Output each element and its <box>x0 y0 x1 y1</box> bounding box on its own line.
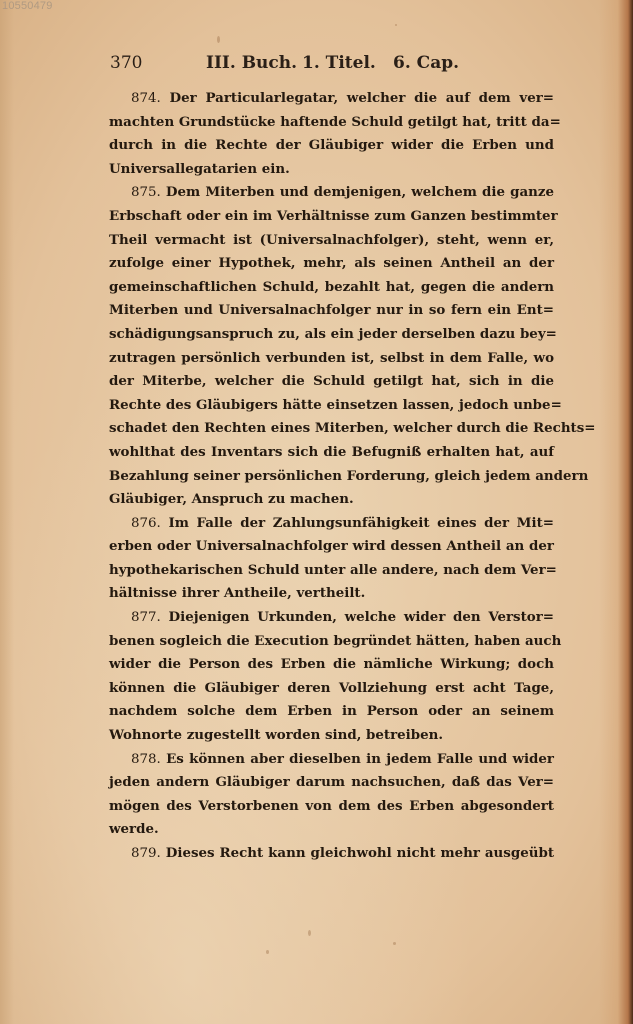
text-line: zutragen persönlich verbunden ist, selbs… <box>109 347 554 371</box>
text-line: 876. Im Falle der Zahlungsunfähigkeit ei… <box>109 512 554 536</box>
paper-stain <box>308 930 311 936</box>
text-line: hypothekarischen Schuld unter alle ander… <box>109 559 554 583</box>
paper-stain <box>395 24 397 26</box>
text-line: wohlthat des Inventars sich die Befugniß… <box>109 441 554 465</box>
text-line: durch in die Rechte der Gläubiger wider … <box>109 134 554 158</box>
text-line: der Miterbe, welcher die Schuld getilgt … <box>109 370 554 394</box>
text-line: werde. <box>109 818 554 842</box>
text-line: machten Grundstücke haftende Schuld geti… <box>109 111 554 135</box>
page-edge-shadow <box>0 0 14 1024</box>
paper-stain <box>393 942 396 945</box>
paper-stain <box>266 950 269 954</box>
text-line: hältnisse ihrer Antheile, vertheilt. <box>109 582 554 606</box>
paragraph-number: 879. <box>131 846 161 861</box>
text-line: Wohnorte zugestellt worden sind, betreib… <box>109 724 554 748</box>
page-number: 370 <box>110 53 142 73</box>
body-text: 874. Der Particularlegatar, welcher die … <box>109 87 554 866</box>
text-line: 878. Es können aber dieselben in jedem F… <box>109 748 554 772</box>
paragraph-877: 877. Diejenigen Urkunden, welche wider d… <box>109 606 554 748</box>
paragraph-number: 878. <box>131 752 161 767</box>
text-line: schädigungsanspruch zu, als ein jeder de… <box>109 323 554 347</box>
text-line: gemeinschaftlichen Schuld, bezahlt hat, … <box>109 276 554 300</box>
text-line: mögen des Verstorbenen von dem des Erben… <box>109 795 554 819</box>
paragraph-878: 878. Es können aber dieselben in jedem F… <box>109 748 554 842</box>
text-line: 879. Dieses Recht kann gleichwohl nicht … <box>109 842 554 866</box>
paragraph-876: 876. Im Falle der Zahlungsunfähigkeit ei… <box>109 512 554 606</box>
paragraph-874: 874. Der Particularlegatar, welcher die … <box>109 87 554 181</box>
paragraph-875: 875. Dem Miterben und demjenigen, welche… <box>109 181 554 511</box>
book-page: 10550479 370 III. Buch. 1. Titel. 6. Cap… <box>0 0 633 1024</box>
paragraph-number: 874. <box>131 91 161 106</box>
text-line: jeden andern Gläubiger darum nachsuchen,… <box>109 771 554 795</box>
text-line: benen sogleich die Execution begründet h… <box>109 630 554 654</box>
paragraph-number: 875. <box>131 185 161 200</box>
text-line: 874. Der Particularlegatar, welcher die … <box>109 87 554 111</box>
header-book: III. Buch. <box>206 53 297 73</box>
text-line: können die Gläubiger deren Vollziehung e… <box>109 677 554 701</box>
header-chapter: 6. Cap. <box>393 53 459 73</box>
text-line: zufolge einer Hypothek, mehr, als seinen… <box>109 252 554 276</box>
text-line: Universallegatarien ein. <box>109 158 554 182</box>
text-line: Miterben und Universalnachfolger nur in … <box>109 299 554 323</box>
text-line: Rechte des Gläubigers hätte einsetzen la… <box>109 394 554 418</box>
text-line: schadet den Rechten eines Miterben, welc… <box>109 417 554 441</box>
text-line: Gläubiger, Anspruch zu machen. <box>109 488 554 512</box>
text-line: 875. Dem Miterben und demjenigen, welche… <box>109 181 554 205</box>
text-line: wider die Person des Erben die nämliche … <box>109 653 554 677</box>
paragraph-879: 879. Dieses Recht kann gleichwohl nicht … <box>109 842 554 866</box>
paragraph-number: 876. <box>131 516 161 531</box>
text-line: Bezahlung seiner persönlichen Forderung,… <box>109 465 554 489</box>
paper-stain <box>217 36 220 43</box>
header-title: 1. Titel. <box>302 53 376 73</box>
text-line: nachdem solche dem Erben in Person oder … <box>109 700 554 724</box>
scan-id-watermark: 10550479 <box>2 0 53 12</box>
text-line: 877. Diejenigen Urkunden, welche wider d… <box>109 606 554 630</box>
paragraph-number: 877. <box>131 610 161 625</box>
text-line: erben oder Universalnachfolger wird dess… <box>109 535 554 559</box>
text-line: Theil vermacht ist (Universalnachfolger)… <box>109 229 554 253</box>
text-line: Erbschaft oder ein im Verhältnisse zum G… <box>109 205 554 229</box>
